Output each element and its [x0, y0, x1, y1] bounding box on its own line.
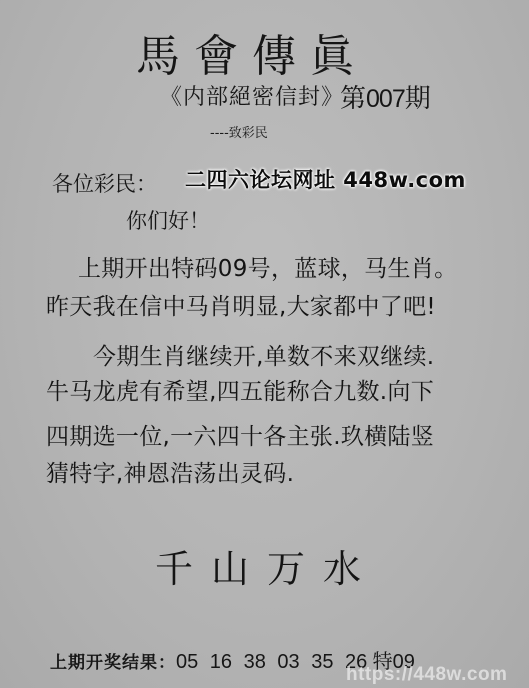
- body-line: 上期开出特码09号，蓝球，马生肖。: [78, 250, 457, 283]
- document-title: 馬會傳眞: [136, 20, 368, 84]
- body-line: 昨天我在信中马肖明显,大家都中了吧!: [46, 288, 436, 321]
- issue-prefix: 第: [340, 84, 366, 114]
- subtitle: 《内部絕密信封》: [160, 80, 344, 111]
- results-numbers: 05 16 38 03 35 26: [176, 651, 367, 673]
- issue-suffix: 期: [405, 84, 431, 114]
- issue-label: 第007期: [340, 78, 431, 115]
- issue-number: 007: [366, 85, 405, 113]
- body-line: 今期生肖继续开,单数不来双继续.: [93, 338, 434, 371]
- body-line: 四期选一位,一六四十各主张.玖横陆竖: [46, 418, 434, 451]
- slogan: 千山万水: [155, 538, 379, 593]
- hello-line: 你们好！: [126, 205, 210, 235]
- body-line: 牛马龙虎有希望,四五能称合九数.向下: [46, 373, 434, 406]
- results-label: 上期开奖结果：: [50, 653, 176, 673]
- body-line: 猜特字,神恩浩荡出灵码.: [46, 455, 294, 488]
- signature: ----致彩民: [210, 122, 268, 141]
- watermark-top: 二四六论坛网址 448w.com: [185, 164, 466, 194]
- watermark-bottom: https://448w.com: [346, 664, 507, 686]
- greeting: 各位彩民：: [52, 168, 157, 198]
- subtitle-text: 《内部絕密信封》: [160, 85, 344, 110]
